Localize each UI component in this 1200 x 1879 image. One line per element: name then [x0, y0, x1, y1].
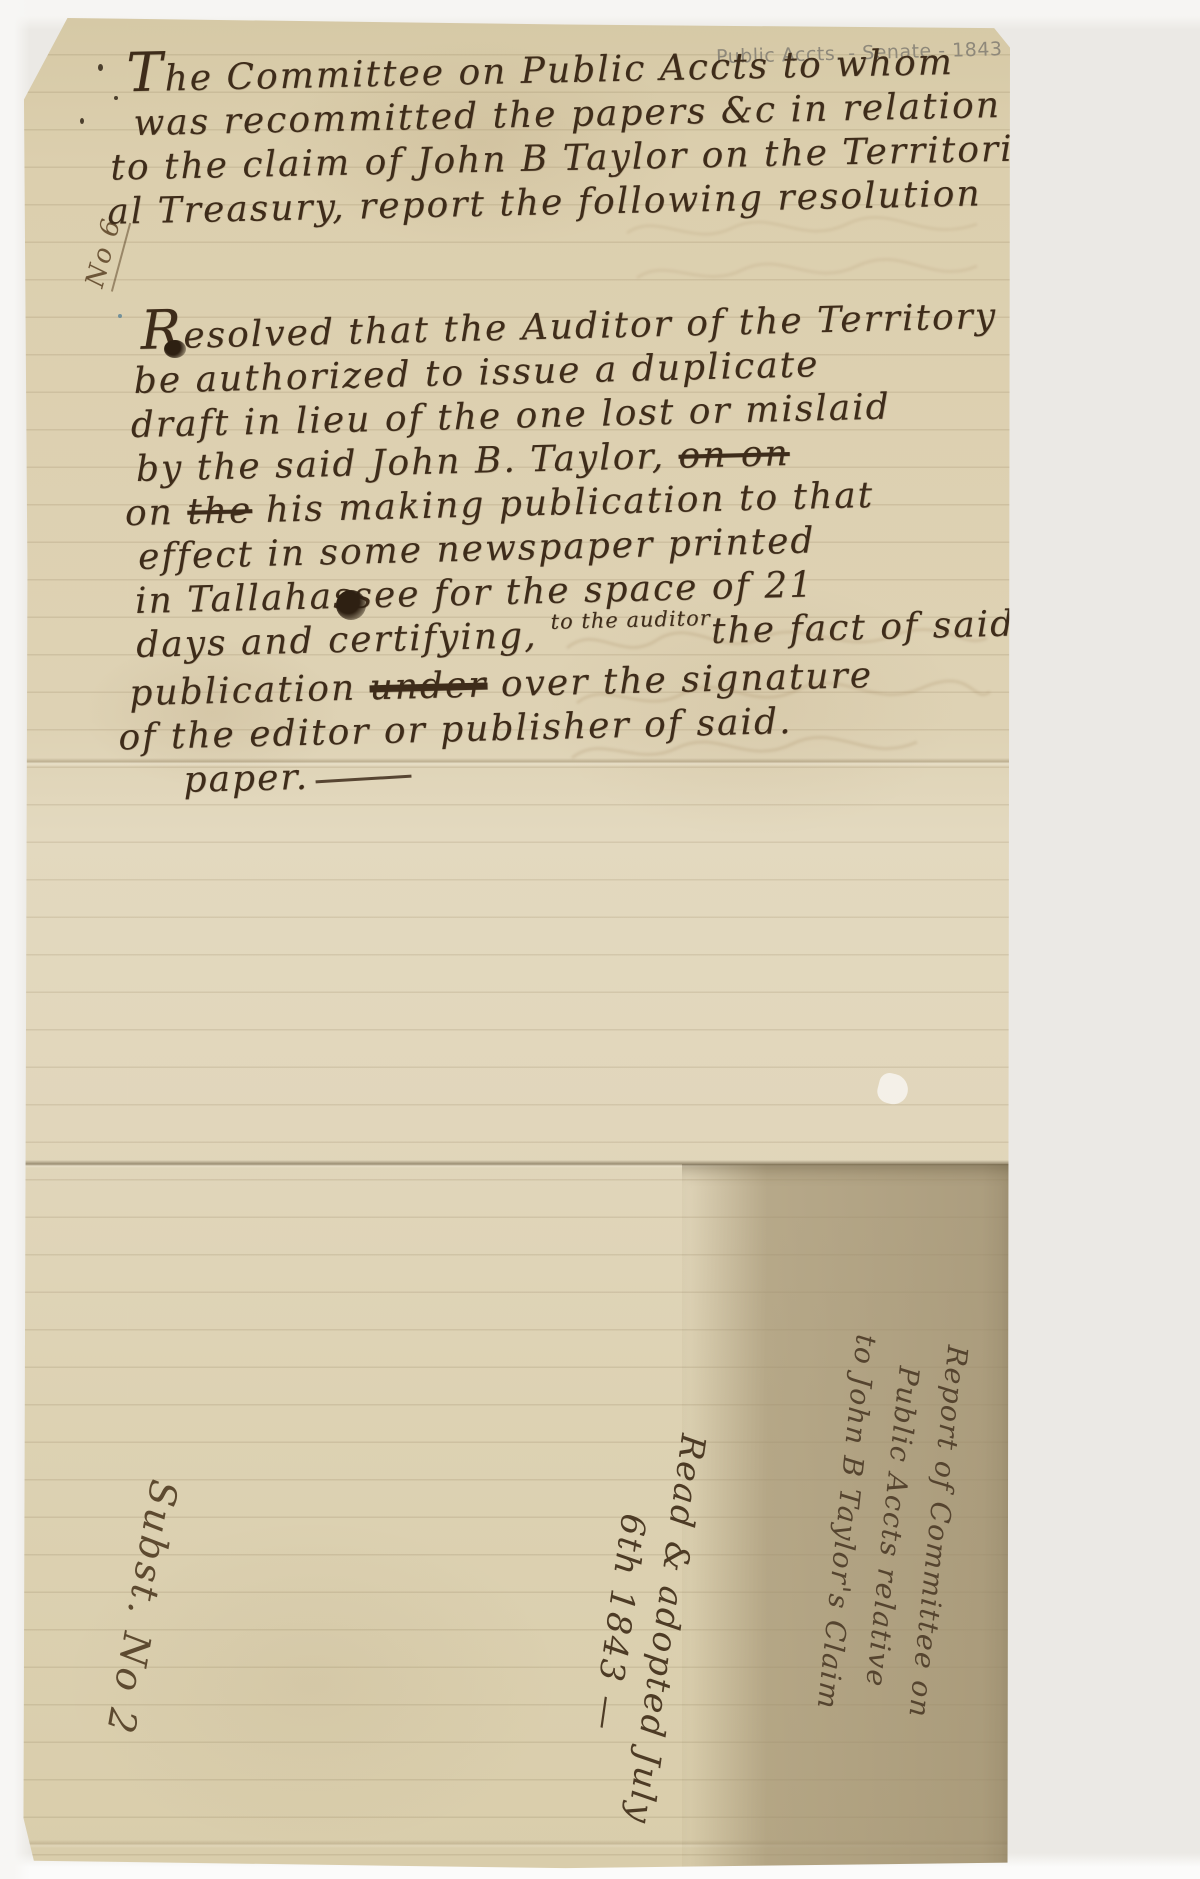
ink-blot — [164, 340, 186, 358]
struck-out-words: on on — [678, 433, 790, 477]
scanned-page-background: Public Accts. - Senate - 1843 No 6 The C… — [0, 0, 1200, 1879]
manuscript-paragraph-1: The Committee on Public Accts to whom wa… — [92, 32, 1029, 235]
manuscript-text: on — [124, 492, 187, 535]
ink-speck — [114, 96, 118, 100]
ink-speck — [80, 118, 84, 124]
manuscript-paper: Public Accts. - Senate - 1843 No 6 The C… — [22, 18, 1010, 1870]
interlined-insertion: to the auditor — [550, 606, 711, 634]
struck-out-words: the — [187, 490, 253, 533]
ink-speck — [98, 64, 103, 71]
manuscript-paragraph-2: Resolved that the Auditor of the Territo… — [92, 288, 1019, 805]
ink-blot — [336, 590, 366, 620]
manuscript-text: publication — [129, 667, 370, 714]
manuscript-text: over the signature — [487, 655, 874, 705]
ink-speck — [118, 314, 122, 318]
manuscript-text: the fact of said — [711, 604, 1016, 652]
manuscript-text: days and certifying, — [136, 615, 552, 666]
struck-out-words: under — [369, 664, 488, 708]
pen-flourish — [315, 774, 411, 783]
manuscript-text: paper. — [183, 757, 310, 801]
